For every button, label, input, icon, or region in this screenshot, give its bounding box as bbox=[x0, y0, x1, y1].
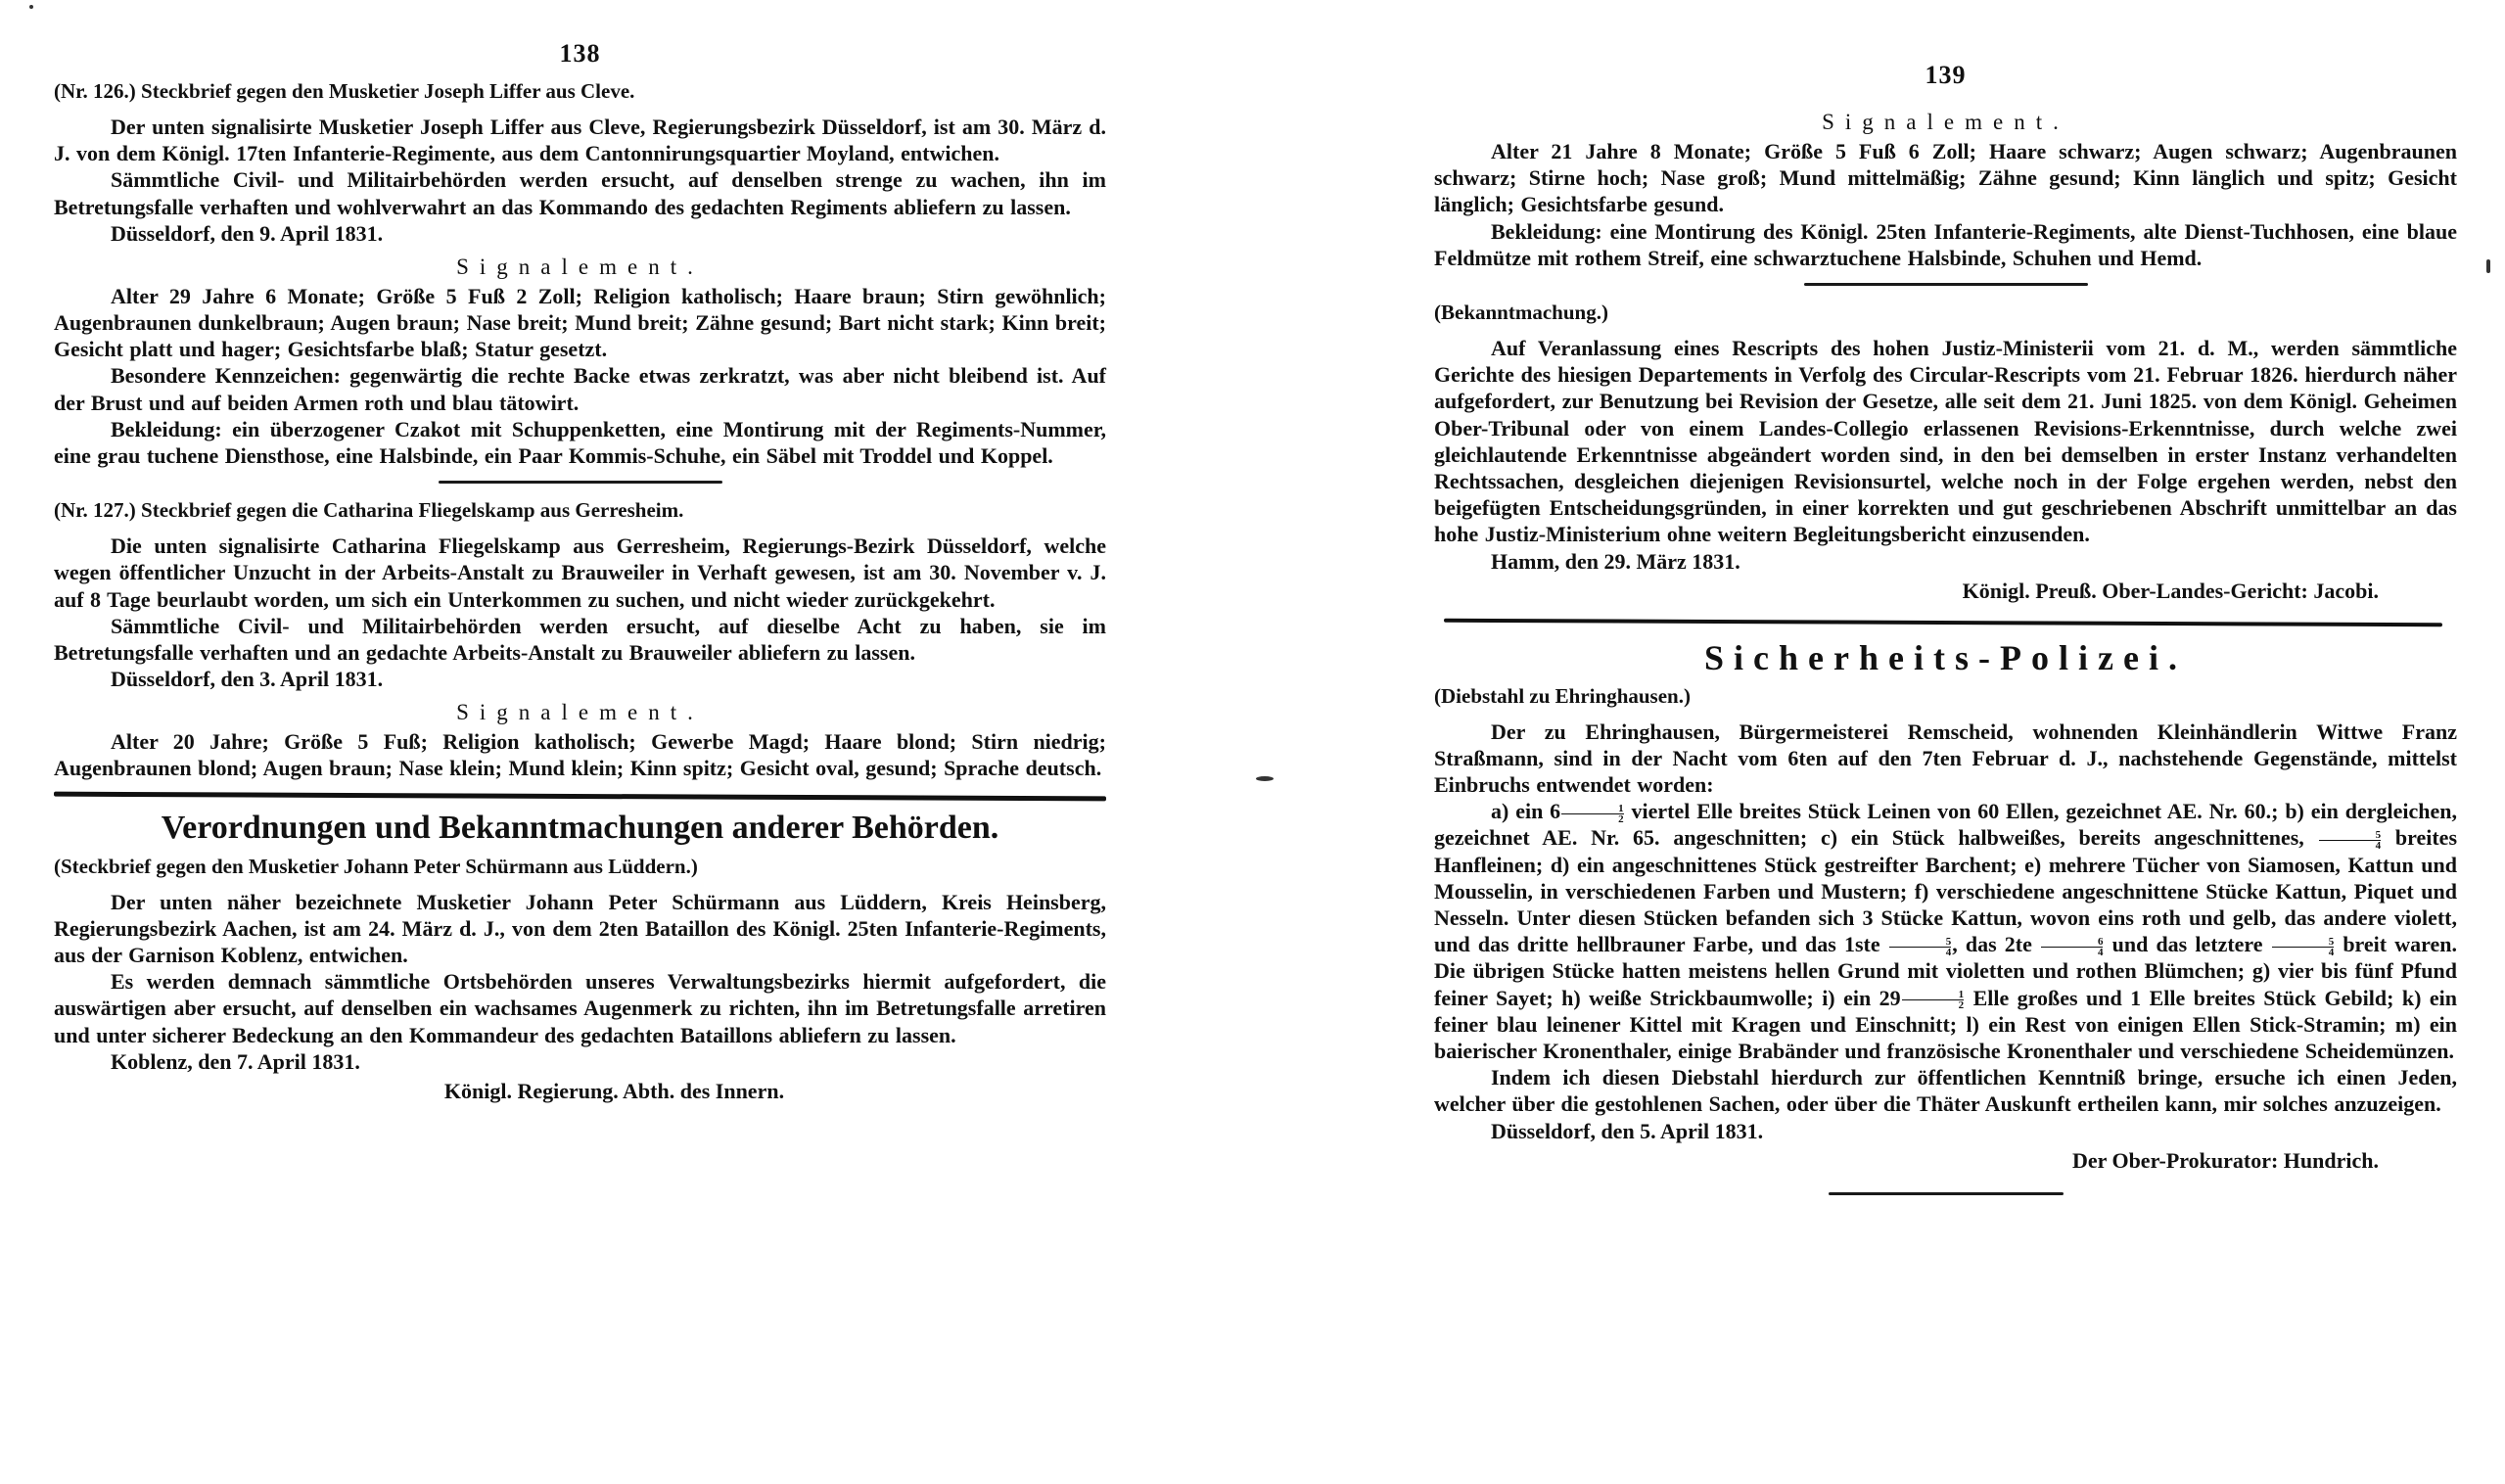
notice-heading: (Nr. 127.) Steckbrief gegen die Catharin… bbox=[54, 495, 1106, 525]
notice-paragraph: Die unten signalisirte Catharina Fliegel… bbox=[54, 533, 1106, 613]
signalement-description: Alter 20 Jahre; Größe 5 Fuß; Religion ka… bbox=[54, 728, 1106, 781]
clothing-description: Bekleidung: ein überzogener Czakot mit S… bbox=[54, 416, 1106, 469]
notice-paragraph: Indem ich diesen Diebstahl hierdurch zur… bbox=[1434, 1064, 2457, 1117]
section-divider-rule bbox=[54, 791, 1106, 801]
distinguishing-marks: Besondere Kennzeichen: gegenwärtig die r… bbox=[54, 362, 1106, 415]
notice-heading: (Nr. 126.) Steckbrief gegen den Musketie… bbox=[54, 76, 1106, 106]
scan-artifact bbox=[1256, 776, 1274, 781]
left-page: 138 (Nr. 126.) Steckbrief gegen den Musk… bbox=[54, 0, 1106, 1484]
signalement-description: Alter 21 Jahre 8 Monate; Größe 5 Fuß 6 Z… bbox=[1434, 138, 2457, 218]
police-section: Sicherheits-Polizei. (Diebstahl zu Ehrin… bbox=[1434, 638, 2457, 1175]
stolen-items-list: a) ein 612 viertel Elle breites Stück Le… bbox=[1434, 798, 2457, 1064]
notice-date: Hamm, den 29. März 1831. bbox=[1434, 548, 2457, 576]
notice-paragraph: Sämmtliche Civil- und Militairbehörden w… bbox=[54, 166, 1106, 219]
section-divider-rule bbox=[1444, 618, 2442, 626]
right-page: 139 Signalement. Alter 21 Jahre 8 Monate… bbox=[1434, 0, 2457, 1484]
notice-heading: (Diebstahl zu Ehringhausen.) bbox=[1434, 681, 2457, 711]
other-authorities-section: Verordnungen und Bekanntmachungen andere… bbox=[54, 809, 1106, 1105]
section-title: Verordnungen und Bekanntmachungen andere… bbox=[54, 809, 1106, 848]
scan-artifact bbox=[2486, 259, 2490, 273]
scan-artifact bbox=[29, 5, 33, 9]
separator-rule bbox=[1804, 283, 2088, 286]
clothing-description: Bekleidung: eine Montirung des Königl. 2… bbox=[1434, 218, 2457, 271]
notice-paragraph: Der unten signalisirte Musketier Joseph … bbox=[54, 114, 1106, 166]
fraction: 54 bbox=[2272, 937, 2335, 957]
page-number: 139 bbox=[1434, 61, 2457, 90]
signature: Königl. Regierung. Abth. des Innern. bbox=[54, 1078, 1106, 1105]
signature: Der Ober-Prokurator: Hundrich. bbox=[1434, 1147, 2457, 1175]
notice-paragraph: Auf Veranlassung eines Rescripts des hoh… bbox=[1434, 335, 2457, 548]
fraction: 64 bbox=[2041, 937, 2104, 957]
fraction: 54 bbox=[2319, 830, 2382, 851]
signalement-title: Signalement. bbox=[1434, 109, 2457, 136]
notice-heading: (Bekanntmachung.) bbox=[1434, 298, 2457, 327]
page-number: 138 bbox=[54, 39, 1106, 69]
announcement: (Bekanntmachung.) Auf Veranlassung eines… bbox=[1434, 298, 2457, 605]
end-rule bbox=[1829, 1192, 2064, 1195]
left-page-content: (Nr. 126.) Steckbrief gegen den Musketie… bbox=[54, 76, 1106, 1105]
notice-127: (Nr. 127.) Steckbrief gegen die Catharin… bbox=[54, 495, 1106, 781]
notice-date: Düsseldorf, den 3. April 1831. bbox=[54, 666, 1106, 693]
fraction: 12 bbox=[1902, 990, 1965, 1010]
signature: Königl. Preuß. Ober-Landes-Gericht: Jaco… bbox=[1434, 578, 2457, 605]
signalement-title: Signalement. bbox=[54, 254, 1106, 281]
section-title: Sicherheits-Polizei. bbox=[1434, 638, 2457, 677]
notice-heading: (Steckbrief gegen den Musketier Johann P… bbox=[54, 852, 1106, 881]
notice-date: Düsseldorf, den 9. April 1831. bbox=[54, 220, 1106, 248]
continued-signalement: Signalement. Alter 21 Jahre 8 Monate; Gr… bbox=[1434, 109, 2457, 271]
fraction: 54 bbox=[1889, 937, 1952, 957]
right-page-content: Signalement. Alter 21 Jahre 8 Monate; Gr… bbox=[1434, 103, 2457, 1207]
signalement-title: Signalement. bbox=[54, 699, 1106, 726]
notice-date: Düsseldorf, den 5. April 1831. bbox=[1434, 1118, 2457, 1145]
fraction: 12 bbox=[1561, 804, 1624, 824]
notice-paragraph: Der unten näher bezeichnete Musketier Jo… bbox=[54, 889, 1106, 969]
notice-paragraph: Sämmtliche Civil- und Militairbehörden w… bbox=[54, 613, 1106, 666]
separator-rule bbox=[439, 481, 722, 484]
signalement-description: Alter 29 Jahre 6 Monate; Größe 5 Fuß 2 Z… bbox=[54, 283, 1106, 363]
notice-paragraph: Es werden demnach sämmtliche Ortsbehörde… bbox=[54, 968, 1106, 1048]
notice-126: (Nr. 126.) Steckbrief gegen den Musketie… bbox=[54, 76, 1106, 469]
notice-paragraph: Der zu Ehringhausen, Bürgermeisterei Rem… bbox=[1434, 719, 2457, 799]
notice-date: Koblenz, den 7. April 1831. bbox=[54, 1048, 1106, 1076]
